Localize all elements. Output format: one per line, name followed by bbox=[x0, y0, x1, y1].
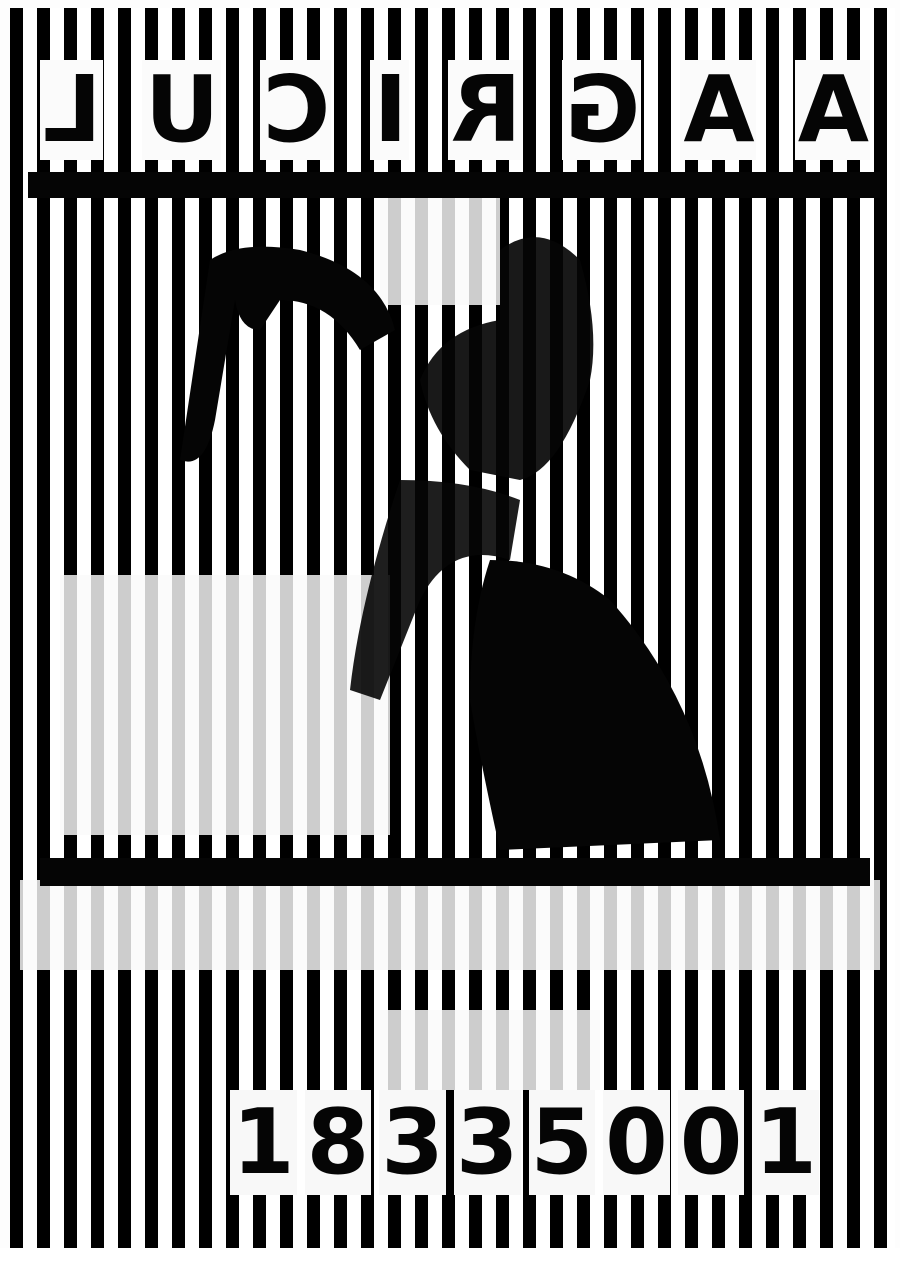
mirrored-title: A A G R I C U L bbox=[40, 60, 870, 160]
title-letter: I bbox=[370, 60, 408, 160]
figure-silhouette bbox=[0, 0, 900, 1273]
digit: 8 bbox=[305, 1090, 372, 1195]
digit: 1 bbox=[752, 1090, 819, 1195]
bottom-number-row: 1 8 3 3 5 0 0 1 bbox=[230, 1090, 819, 1195]
head-shape bbox=[420, 237, 593, 480]
digit: 1 bbox=[230, 1090, 297, 1195]
title-letter: G bbox=[562, 60, 642, 160]
digit: 3 bbox=[379, 1090, 446, 1195]
title-letter: U bbox=[142, 60, 221, 160]
title-letter: A bbox=[795, 60, 870, 160]
title-letter: R bbox=[448, 60, 523, 160]
print-artwork: A A G R I C U L 1 8 3 3 5 0 0 1 bbox=[0, 0, 900, 1273]
left-arm-shape bbox=[180, 247, 395, 462]
title-letter: A bbox=[680, 60, 755, 160]
digit: 5 bbox=[529, 1090, 596, 1195]
title-letter: L bbox=[40, 60, 103, 160]
title-letter: C bbox=[260, 60, 332, 160]
digit: 3 bbox=[454, 1090, 521, 1195]
digit: 0 bbox=[603, 1090, 670, 1195]
digit: 0 bbox=[678, 1090, 745, 1195]
paper-margin bbox=[0, 1248, 900, 1273]
body-shape bbox=[470, 560, 720, 850]
